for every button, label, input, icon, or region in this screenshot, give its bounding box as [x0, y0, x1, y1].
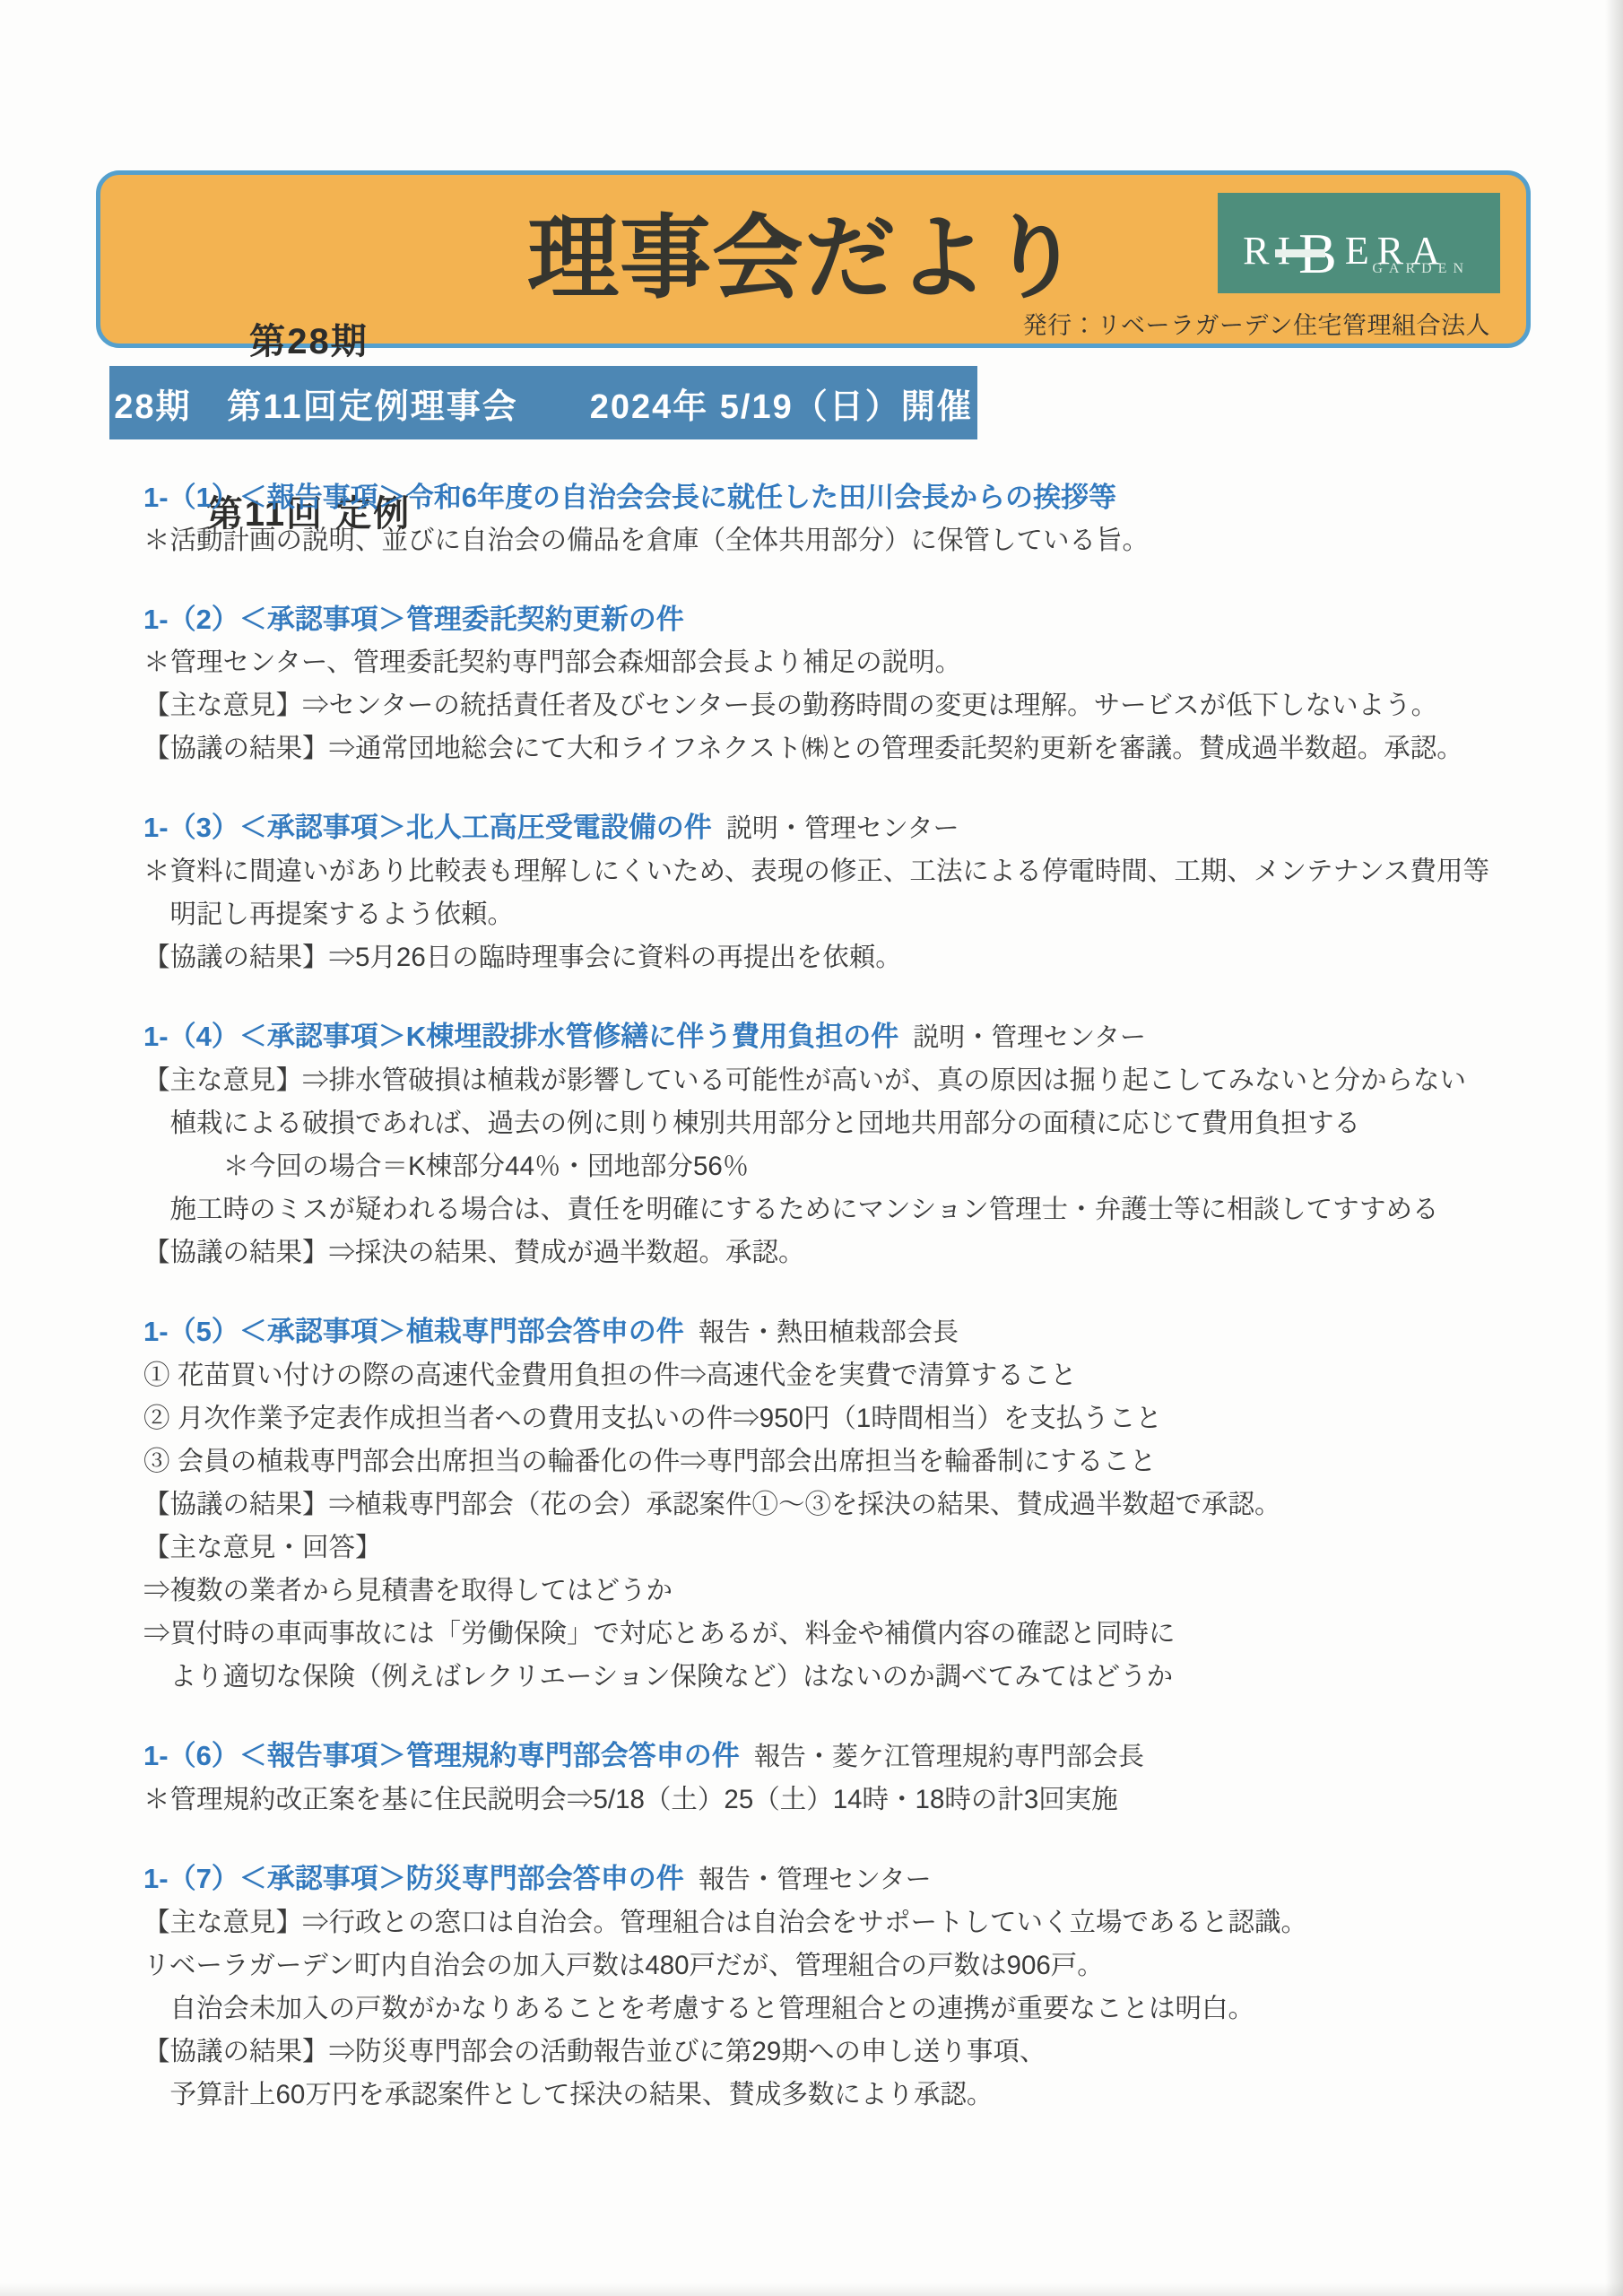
section-body-line: より適切な保険（例えばレクリエーション保険など）はないのか調べてみてはどうか [143, 1656, 1515, 1699]
section-heading-text: 1-（6）＜報告事項＞管理規約専門部会答申の件 [143, 1740, 740, 1771]
ribera-garden-logo: RIBERA GARDEN [1218, 193, 1500, 293]
section-body-line: 施工時のミスが疑われる場合は、責任を明確にするためにマンション管理士・弁護士等に… [143, 1188, 1515, 1231]
section-body-line: ① 花苗買い付けの際の高速代金費用負担の件⇒高速代金を実費で清算すること [143, 1354, 1515, 1397]
section-body-line: 【協議の結果】⇒5月26日の臨時理事会に資料の再提出を依頼。 [143, 936, 1515, 979]
section: 1-（3）＜承認事項＞北人工高圧受電設備の件説明・管理センター＊資料に間違いがあ… [143, 806, 1515, 979]
section-body-line: 【主な意見】⇒センターの統括責任者及びセンター長の勤務時間の変更は理解。サービス… [143, 684, 1515, 727]
section-body-line: リベーラガーデン町内自治会の加入戸数は480戸だが、管理組合の戸数は906戸。 [143, 1944, 1515, 1987]
term-line-1: 第28期 [154, 313, 464, 370]
section-heading-text: 1-（5）＜承認事項＞植栽専門部会答申の件 [143, 1316, 684, 1347]
section: 1-（7）＜承認事項＞防災専門部会答申の件報告・管理センター【主な意見】⇒行政と… [143, 1857, 1515, 2117]
section-heading-text: 1-（7）＜承認事項＞防災専門部会答申の件 [143, 1863, 684, 1894]
section-presenter: 説明・管理センター [726, 814, 959, 843]
section-body-line: ＊資料に間違いがあり比較表も理解しにくいため、表現の修正、工法による停電時間、工… [143, 850, 1515, 893]
section-body-line: ⇒複数の業者から見積書を取得してはどうか [143, 1570, 1515, 1613]
section-body-line: 自治会未加入の戸数がかなりあることを考慮すると管理組合との連携が重要なことは明白… [143, 1987, 1515, 2031]
publisher-line: 発行：リベーラガーデン住宅管理組合法人 [1023, 306, 1490, 341]
page-title: 理事会だより [522, 211, 1087, 307]
scan-edge-right [1605, 0, 1623, 2296]
section-body-line: ＊今回の場合＝K棟部分44％・団地部分56％ [143, 1145, 1515, 1188]
section: 1-（2）＜承認事項＞管理委託契約更新の件＊管理センター、管理委託契約専門部会森… [143, 598, 1515, 770]
section-body-line: ③ 会員の植栽専門部会出席担当の輪番化の件⇒専門部会出席担当を輪番制にすること [143, 1440, 1515, 1483]
agenda-sections: 1-（1）＜報告事項＞令和6年度の自治会会長に就任した田川会長からの挨拶等＊活動… [143, 476, 1515, 2152]
section-heading: 1-（3）＜承認事項＞北人工高圧受電設備の件説明・管理センター [143, 806, 1515, 850]
meeting-date-banner: 28期 第11回定例理事会 2024年 5/19（日）開催 [109, 366, 977, 439]
section-body-line: 【協議の結果】⇒植栽専門部会（花の会）承認案件①～③を採決の結果、賛成過半数超で… [143, 1483, 1515, 1526]
masthead: 第28期 第11回 定例 理事会だより RIBERA GARDEN 発行：リベー… [96, 170, 1531, 348]
section-heading: 1-（7）＜承認事項＞防災専門部会答申の件報告・管理センター [143, 1857, 1515, 1901]
section-body-line: ＊管理センター、管理委託契約専門部会森畑部会長より補足の説明。 [143, 641, 1515, 684]
section-presenter: 報告・菱ケ江管理規約専門部会長 [754, 1743, 1144, 1771]
section-body-line: 明記し再提案するよう依頼。 [143, 893, 1515, 936]
section-body-line: ⇒買付時の車両事故には「労働保険」で対応とあるが、料金や補償内容の確認と同時に [143, 1613, 1515, 1656]
section-heading-text: 1-（4）＜承認事項＞K棟埋設排水管修繕に伴う費用負担の件 [143, 1021, 898, 1052]
logo-sub-text: GARDEN [1372, 261, 1470, 277]
meeting-date-text: 28期 第11回定例理事会 2024年 5/19（日）開催 [114, 378, 973, 428]
section-presenter: 説明・管理センター [913, 1023, 1146, 1052]
section-heading: 1-（4）＜承認事項＞K棟埋設排水管修繕に伴う費用負担の件説明・管理センター [143, 1015, 1515, 1059]
section-body-line: 【協議の結果】⇒防災専門部会の活動報告並びに第29期への申し送り事項、 [143, 2031, 1515, 2074]
section: 1-（4）＜承認事項＞K棟埋設排水管修繕に伴う費用負担の件説明・管理センター【主… [143, 1015, 1515, 1274]
scan-edge-bottom [0, 2283, 1623, 2296]
section-body-line: ＊管理規約改正案を基に住民説明会⇒5/18（土）25（土）14時・18時の計3回… [143, 1779, 1515, 1822]
section-heading: 1-（5）＜承認事項＞植栽専門部会答申の件報告・熱田植栽部会長 [143, 1310, 1515, 1354]
section-heading-text: 1-（3）＜承認事項＞北人工高圧受電設備の件 [143, 812, 712, 843]
section-heading: 1-（2）＜承認事項＞管理委託契約更新の件 [143, 598, 1515, 641]
section-heading: 1-（1）＜報告事項＞令和6年度の自治会会長に就任した田川会長からの挨拶等 [143, 476, 1515, 519]
section-body-line: 【協議の結果】⇒通常団地総会にて大和ライフネクスト㈱との管理委託契約更新を審議。… [143, 727, 1515, 770]
section: 1-（5）＜承認事項＞植栽専門部会答申の件報告・熱田植栽部会長① 花苗買い付けの… [143, 1310, 1515, 1699]
section-body-line: 植栽による破損であれば、過去の例に則り棟別共用部分と団地共用部分の面積に応じて費… [143, 1102, 1515, 1145]
section-body-line: 【主な意見・回答】 [143, 1526, 1515, 1570]
logo-badge-decoration [1275, 249, 1325, 257]
section-heading-text: 1-（2）＜承認事項＞管理委託契約更新の件 [143, 604, 684, 635]
section-body-line: 【主な意見】⇒排水管破損は植栽が影響している可能性が高いが、真の原因は掘り起こし… [143, 1059, 1515, 1102]
section-body-line: 予算計上60万円を承認案件として採決の結果、賛成多数により承認。 [143, 2074, 1515, 2117]
section: 1-（6）＜報告事項＞管理規約専門部会答申の件報告・菱ケ江管理規約専門部会長＊管… [143, 1735, 1515, 1822]
section-body-line: 【協議の結果】⇒採決の結果、賛成が過半数超。承認。 [143, 1231, 1515, 1274]
section-body-line: ＊活動計画の説明、並びに自治会の備品を倉庫（全体共用部分）に保管している旨。 [143, 519, 1515, 562]
section: 1-（1）＜報告事項＞令和6年度の自治会会長に就任した田川会長からの挨拶等＊活動… [143, 476, 1515, 562]
section-heading-text: 1-（1）＜報告事項＞令和6年度の自治会会長に就任した田川会長からの挨拶等 [143, 482, 1116, 513]
section-presenter: 報告・熱田植栽部会長 [699, 1318, 959, 1347]
newsletter-page: 第28期 第11回 定例 理事会だより RIBERA GARDEN 発行：リベー… [0, 0, 1623, 2296]
section-body-line: ② 月次作業予定表作成担当者への費用支払いの件⇒950円（1時間相当）を支払うこ… [143, 1397, 1515, 1440]
section-body-line: 【主な意見】⇒行政との窓口は自治会。管理組合は自治会をサポートしていく立場である… [143, 1901, 1515, 1944]
section-heading: 1-（6）＜報告事項＞管理規約専門部会答申の件報告・菱ケ江管理規約専門部会長 [143, 1735, 1515, 1779]
section-presenter: 報告・管理センター [699, 1865, 932, 1894]
